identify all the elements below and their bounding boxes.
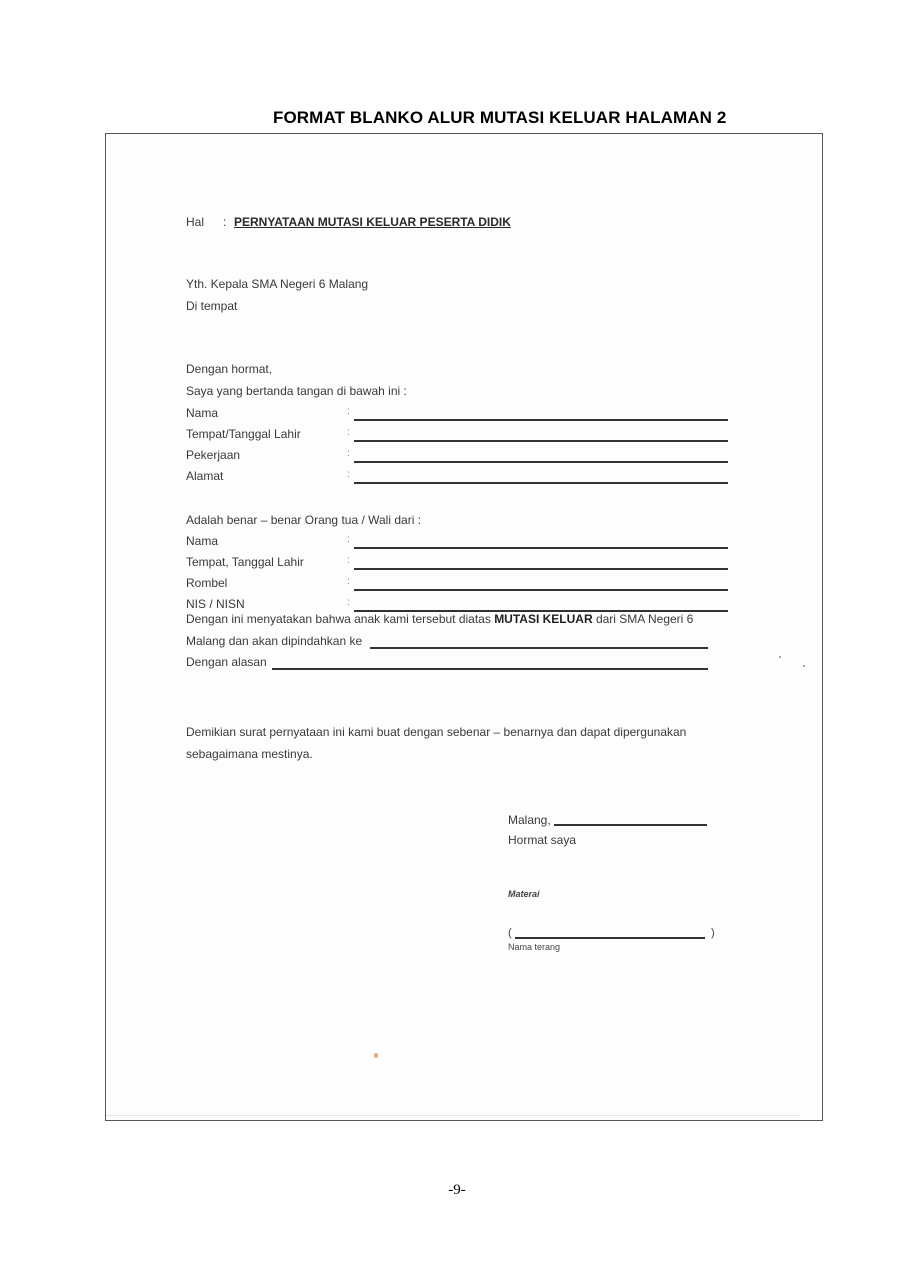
reason-blank[interactable] [272,668,708,670]
student-section-intro: Adalah benar – benar Orang tua / Wali da… [186,513,421,527]
field-colon: : [347,427,350,438]
parent-field-name: Nama : [186,406,716,422]
destination-blank[interactable] [370,647,708,649]
statement-line-1: Dengan ini menyatakan bahwa anak kami te… [186,612,693,626]
parent-occupation-blank[interactable] [354,461,728,463]
field-label: Tempat, Tanggal Lahir [186,555,304,569]
statement-emphasis: MUTASI KELUAR [494,612,592,626]
page-heading: FORMAT BLANKO ALUR MUTASI KELUAR HALAMAN… [0,108,900,128]
parent-name-blank[interactable] [354,419,728,421]
form-sheet: Hal : PERNYATAAN MUTASI KELUAR PESERTA D… [106,134,822,1120]
field-colon: : [347,448,350,459]
closing-line-1: Demikian surat pernyataan ini kami buat … [186,725,686,739]
statement-prefix: Dengan ini menyatakan bahwa anak kami te… [186,612,494,626]
scan-edge [106,1115,800,1116]
field-label: Alamat [186,469,223,483]
letter-subject: PERNYATAAN MUTASI KELUAR PESERTA DIDIK [234,215,511,229]
field-label: Tempat/Tanggal Lahir [186,427,301,441]
field-colon: : [347,534,350,545]
statement-line-2: Malang dan akan dipindahkan ke [186,634,362,648]
field-colon: : [347,406,350,417]
student-rombel-blank[interactable] [354,589,728,591]
field-label: Rombel [186,576,227,590]
field-label: Pekerjaan [186,448,240,462]
student-field-name: Nama : [186,534,716,550]
field-colon: : [347,469,350,480]
scanned-form-frame: Hal : PERNYATAAN MUTASI KELUAR PESERTA D… [105,133,823,1121]
field-label: Nama [186,534,218,548]
signature-name-blank[interactable] [515,937,705,939]
greeting: Dengan hormat, [186,362,272,376]
student-birth-blank[interactable] [354,568,728,570]
field-label: Nama [186,406,218,420]
field-colon: : [347,555,350,566]
signature-regards: Hormat saya [508,833,576,847]
scan-speck [779,656,781,658]
student-field-birth: Tempat, Tanggal Lahir : [186,555,716,571]
statement-suffix: dari SMA Negeri 6 [593,612,694,626]
subject-colon: : [223,215,226,229]
signature-place: Malang, [508,813,551,827]
field-label: NIS / NISN [186,597,245,611]
scan-speck [803,665,805,667]
close-paren: ) [711,926,715,940]
intro-text: Saya yang bertanda tangan di bawah ini : [186,384,407,398]
parent-address-blank[interactable] [354,482,728,484]
student-field-rombel: Rombel : [186,576,716,592]
student-field-nis: NIS / NISN : [186,597,716,613]
recipient: Yth. Kepala SMA Negeri 6 Malang [186,277,368,291]
recipient-location: Di tempat [186,299,237,313]
name-caption: Nama terang [508,940,560,954]
open-paren: ( [508,926,512,940]
parent-field-birth: Tempat/Tanggal Lahir : [186,427,716,443]
closing-line-2: sebagaimana mestinya. [186,747,313,761]
stamp-label: Materai [508,887,540,901]
parent-field-occupation: Pekerjaan : [186,448,716,464]
page-number: -9- [0,1182,900,1199]
scan-speck [374,1053,378,1058]
parent-field-address: Alamat : [186,469,716,485]
field-colon: : [347,576,350,587]
parent-birth-blank[interactable] [354,440,728,442]
subject-label: Hal [186,215,204,229]
reason-label: Dengan alasan [186,655,267,669]
signature-date-blank[interactable] [554,824,707,826]
student-name-blank[interactable] [354,547,728,549]
field-colon: : [347,597,350,608]
